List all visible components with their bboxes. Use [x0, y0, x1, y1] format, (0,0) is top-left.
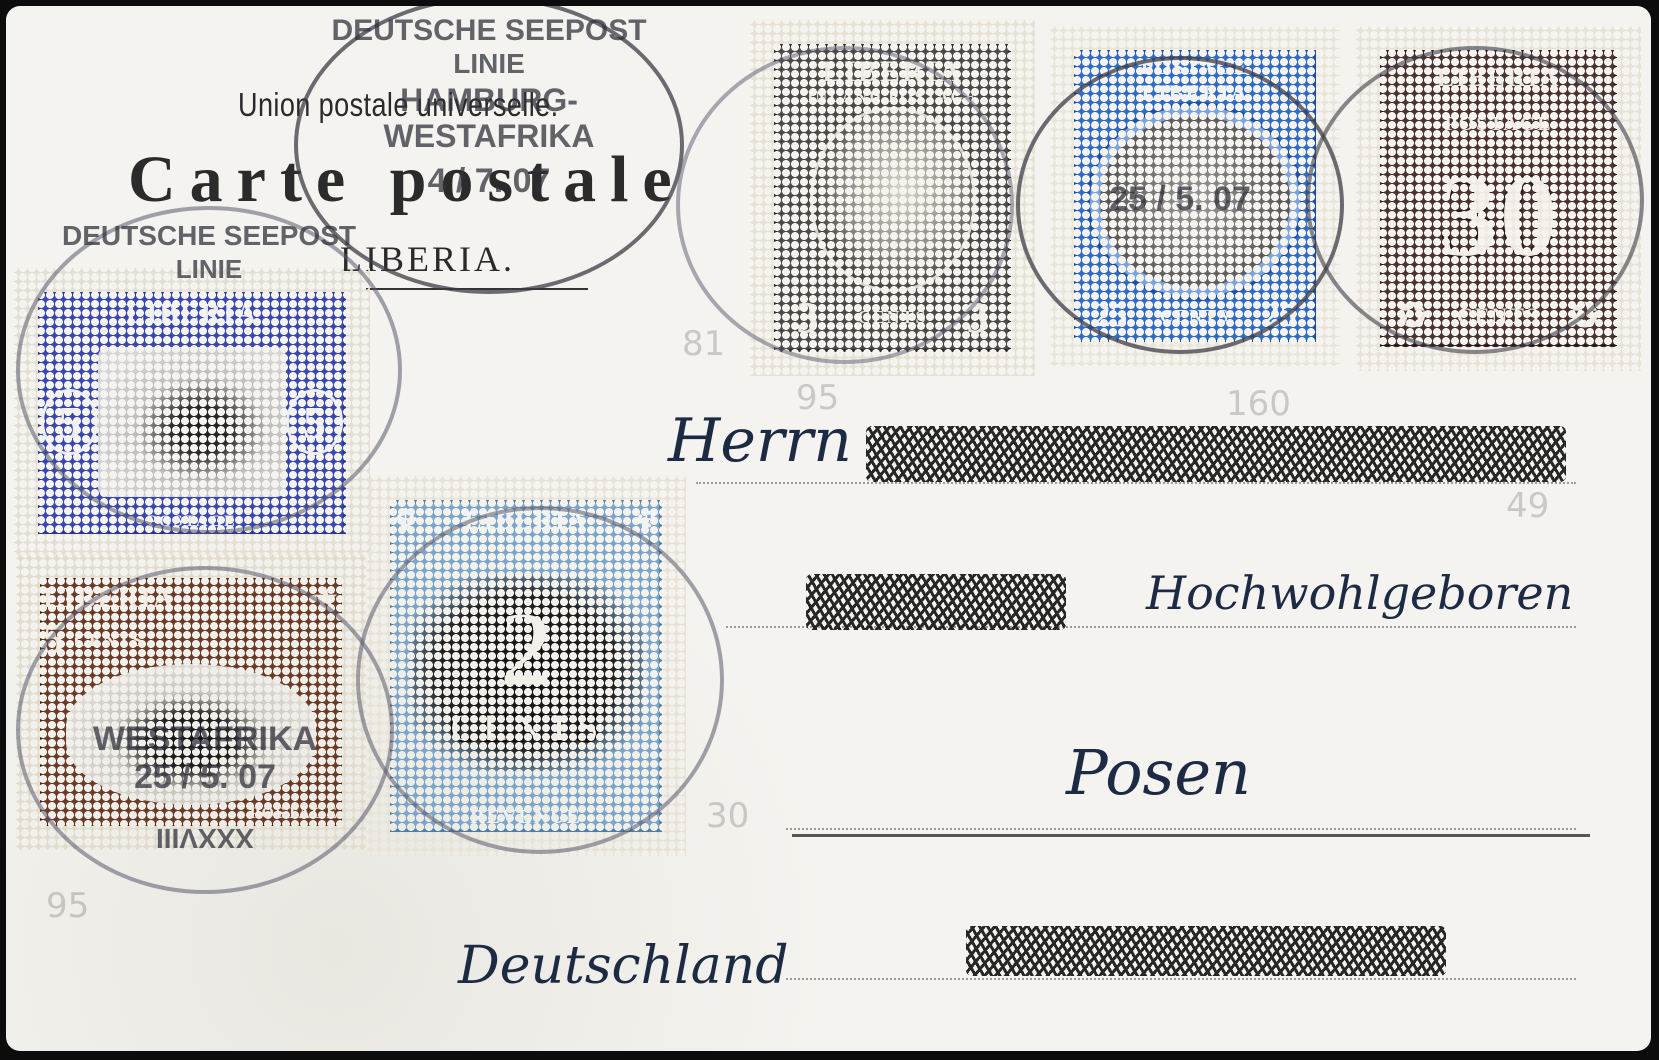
country-handwriting: Deutschland [458, 936, 789, 996]
postmark-secondary: 25 / 5. 07 [1016, 56, 1344, 354]
postmark-secondary: DEUTSCHE SEEPOST LINIE [16, 206, 402, 534]
address-rule [792, 834, 1590, 837]
postmark-date: 25 / 5. 07 [1020, 180, 1340, 219]
redacted-name [866, 426, 1566, 482]
postmark-line: LINIE [20, 254, 398, 285]
pencil-note: 81 [682, 324, 725, 364]
address-line-4 [786, 978, 1576, 980]
city-handwriting: Posen [1066, 736, 1251, 809]
postmark-line: WESTAFRIKA [298, 118, 680, 155]
postcard: Union postale universelle. Carte postale… [6, 6, 1651, 1051]
pencil-note: 160 [1226, 384, 1291, 424]
pencil-note: 30 [706, 796, 749, 836]
pencil-note: 49 [1506, 486, 1549, 526]
postmark-line: LINIE [298, 48, 680, 80]
postmark-secondary [1306, 46, 1644, 354]
redacted-street [966, 926, 1446, 976]
postmark-date: 25 / 5. 07 [20, 758, 390, 797]
ornament-icon: ✥ [393, 503, 418, 538]
postmark-secondary [356, 506, 724, 854]
pencil-note: 95 [46, 886, 89, 926]
postmark-secondary [676, 46, 1014, 364]
postmark-date: 4 / 7. 07 [298, 162, 680, 201]
redacted-title [806, 574, 1066, 630]
postmark-line: DEUTSCHE SEEPOST [20, 220, 398, 252]
postmark-line: XXXVIII [20, 822, 390, 854]
address-line-3 [786, 828, 1576, 830]
postmark-line: WESTAFRIKA [20, 720, 390, 759]
postmark-line: DEUTSCHE SEEPOST [298, 14, 680, 48]
postmark-secondary: WESTAFRIKA 25 / 5. 07 XXXVIII [16, 566, 394, 894]
address-line-1 [696, 482, 1576, 484]
salutation-handwriting: Herrn [668, 406, 852, 476]
hochwohlgeboren-handwriting: Hochwohlgeboren [1146, 566, 1573, 620]
postmark-line: HAMBURG- [298, 82, 680, 119]
